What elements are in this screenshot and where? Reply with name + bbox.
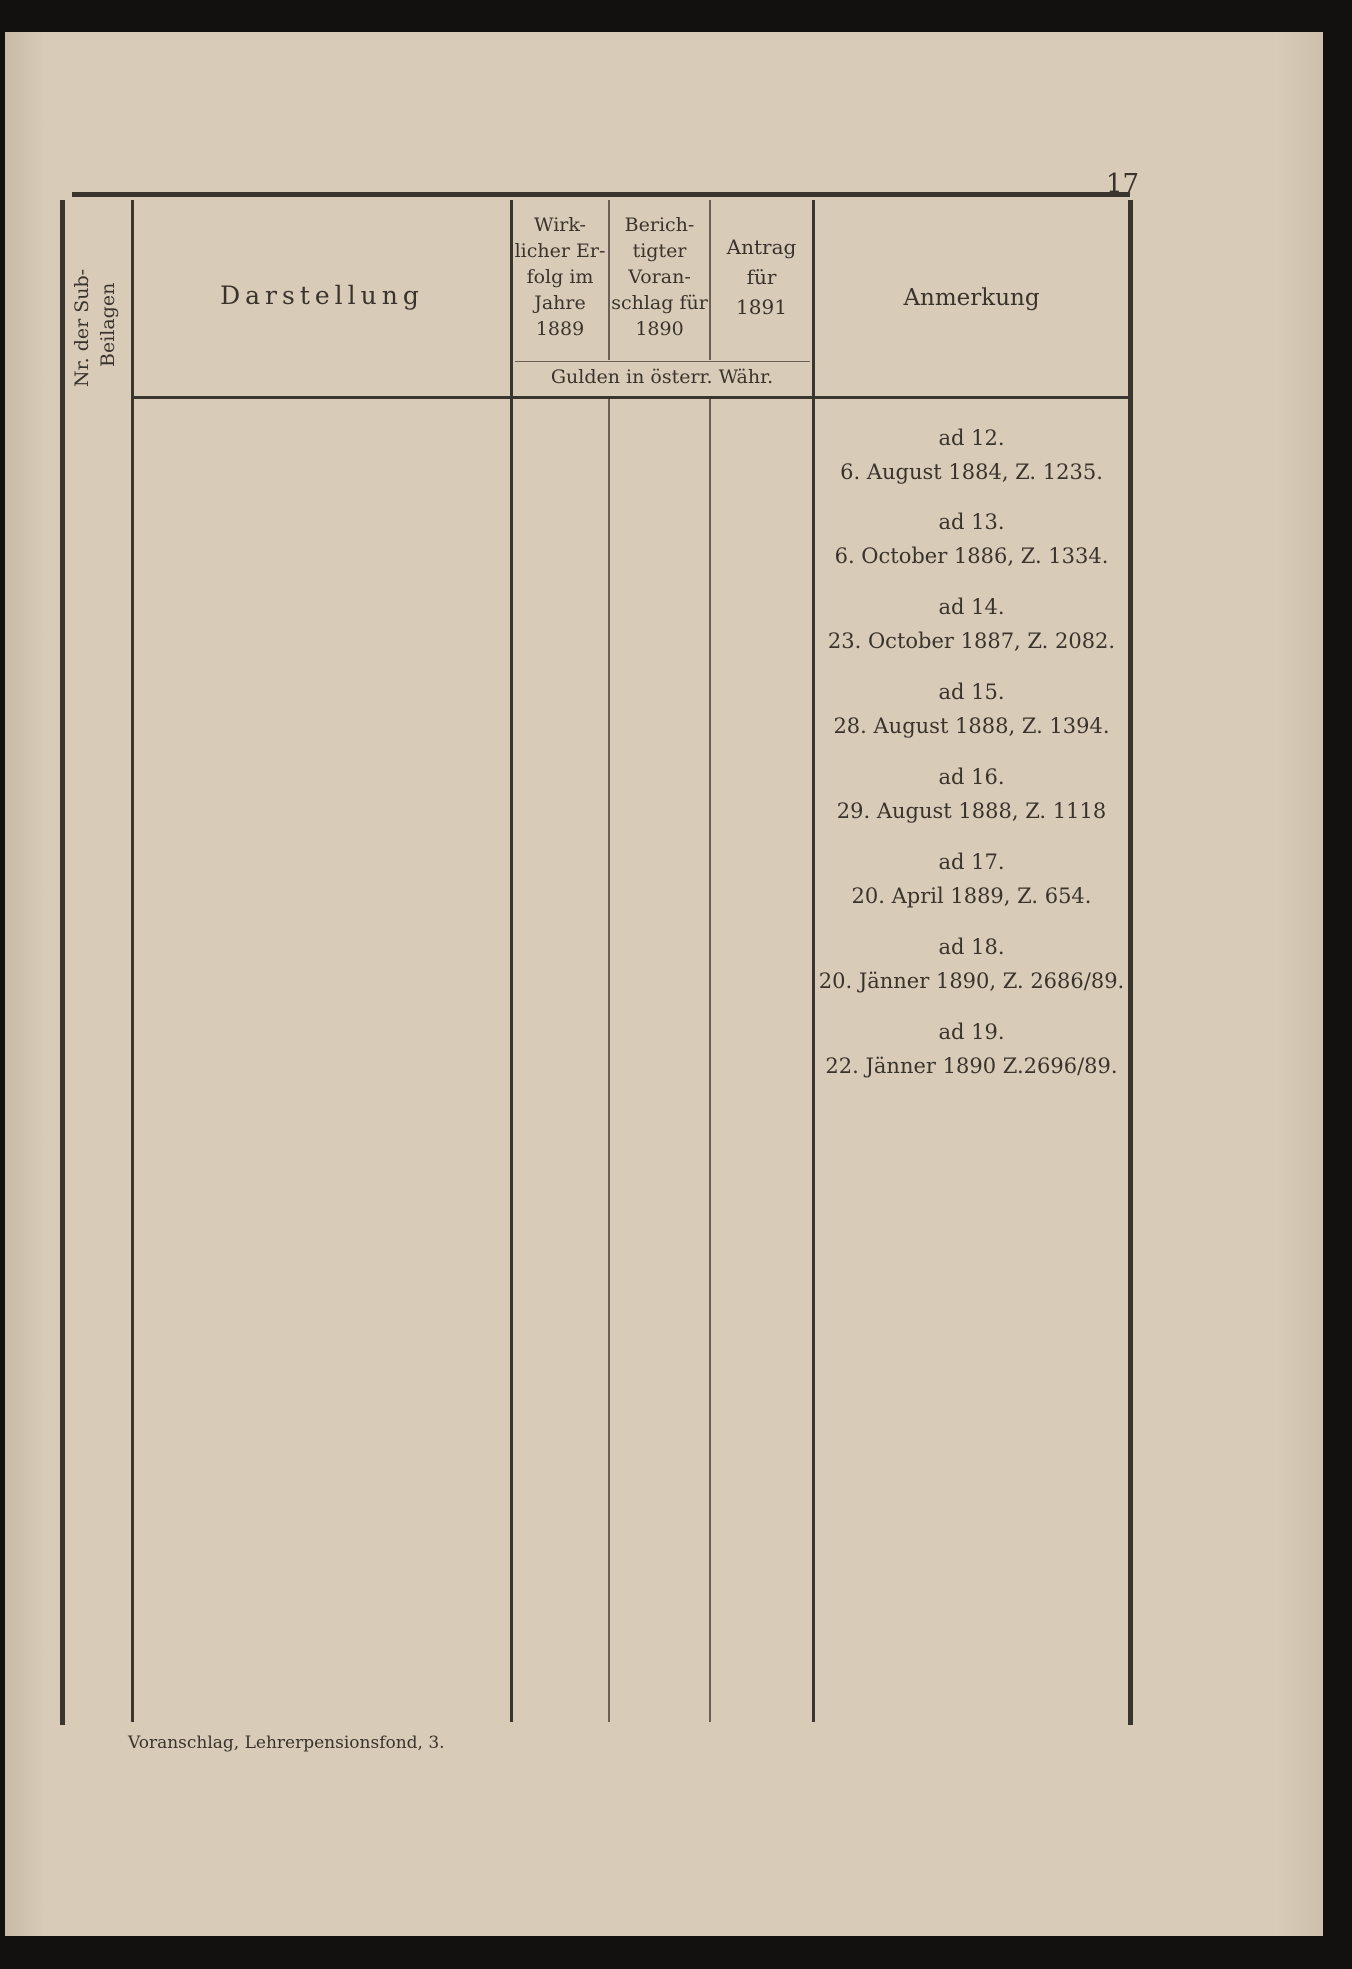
note-reference: 23. October 1887, Z. 2082.: [813, 624, 1130, 658]
antrag-line-3: 1891: [711, 292, 812, 322]
note-reference: 28. August 1888, Z. 1394.: [813, 709, 1130, 743]
note-reference: 6. October 1886, Z. 1334.: [813, 539, 1130, 573]
note-ad-label: ad 17.: [813, 845, 1130, 879]
note-ad-16: ad 16. 29. August 1888, Z. 1118: [813, 760, 1130, 828]
note-ad-14: ad 14. 23. October 1887, Z. 2082.: [813, 590, 1130, 658]
wirklicher-line-4: Jahre: [512, 290, 608, 316]
note-ad-13: ad 13. 6. October 1886, Z. 1334.: [813, 505, 1130, 573]
berichtigter-line-3: Voran-: [610, 264, 709, 290]
currency-divider: [515, 361, 810, 362]
page-footer: Voranschlag, Lehrerpensionsfond, 3.: [128, 1733, 445, 1753]
note-ad-label: ad 14.: [813, 590, 1130, 624]
nr-header-line-1: Nr. der Sub-: [70, 269, 94, 387]
wirklicher-line-2: licher Er-: [512, 238, 608, 264]
berichtigter-line-4: schlag für: [610, 290, 709, 316]
note-ad-label: ad 15.: [813, 675, 1130, 709]
note-reference: 29. August 1888, Z. 1118: [813, 794, 1130, 828]
note-ad-label: ad 12.: [813, 421, 1130, 455]
note-ad-15: ad 15. 28. August 1888, Z. 1394.: [813, 675, 1130, 743]
table-top-rule: [72, 192, 1130, 197]
note-reference: 6. August 1884, Z. 1235.: [813, 455, 1130, 489]
note-ad-label: ad 13.: [813, 505, 1130, 539]
berichtigter-line-2: tigter: [610, 238, 709, 264]
antrag-line-1: Antrag: [711, 232, 812, 262]
wirklicher-line-5: 1889: [512, 316, 608, 342]
berichtigter-line-1: Berich-: [610, 212, 709, 238]
darstellung-header: Darstellung: [134, 283, 510, 309]
note-reference: 22. Jänner 1890 Z.2696/89.: [813, 1049, 1130, 1083]
note-ad-17: ad 17. 20. April 1889, Z. 654.: [813, 845, 1130, 913]
nr-header-line-2: Beilagen: [96, 283, 120, 367]
nr-column-divider: [131, 200, 134, 1722]
antrag-line-2: für: [711, 262, 812, 292]
header-bottom-rule: [132, 396, 1130, 399]
darstellung-column-divider: [510, 200, 513, 1722]
note-reference: 20. Jänner 1890, Z. 2686/89.: [813, 964, 1130, 998]
berichtigter-header: Berich- tigter Voran- schlag für 1890: [610, 212, 709, 342]
note-ad-label: ad 16.: [813, 760, 1130, 794]
left-outer-border: [60, 200, 65, 1725]
wirklicher-line-3: folg im: [512, 264, 608, 290]
wirklicher-line-1: Wirk-: [512, 212, 608, 238]
note-reference: 20. April 1889, Z. 654.: [813, 879, 1130, 913]
berichtigter-column-divider-body: [709, 399, 711, 1722]
nr-column-header: Nr. der Sub- Beilagen: [68, 195, 128, 391]
note-ad-label: ad 18.: [813, 930, 1130, 964]
note-ad-19: ad 19. 22. Jänner 1890 Z.2696/89.: [813, 1015, 1130, 1083]
note-ad-12: ad 12. 6. August 1884, Z. 1235.: [813, 421, 1130, 489]
anmerkung-header: Anmerkung: [815, 285, 1128, 311]
wirklicher-column-divider-body: [608, 399, 610, 1722]
note-ad-18: ad 18. 20. Jänner 1890, Z. 2686/89.: [813, 930, 1130, 998]
wirklicher-header: Wirk- licher Er- folg im Jahre 1889: [512, 212, 608, 342]
currency-header: Gulden in österr. Währ.: [512, 364, 812, 390]
antrag-header: Antrag für 1891: [711, 232, 812, 322]
berichtigter-line-5: 1890: [610, 316, 709, 342]
note-ad-label: ad 19.: [813, 1015, 1130, 1049]
